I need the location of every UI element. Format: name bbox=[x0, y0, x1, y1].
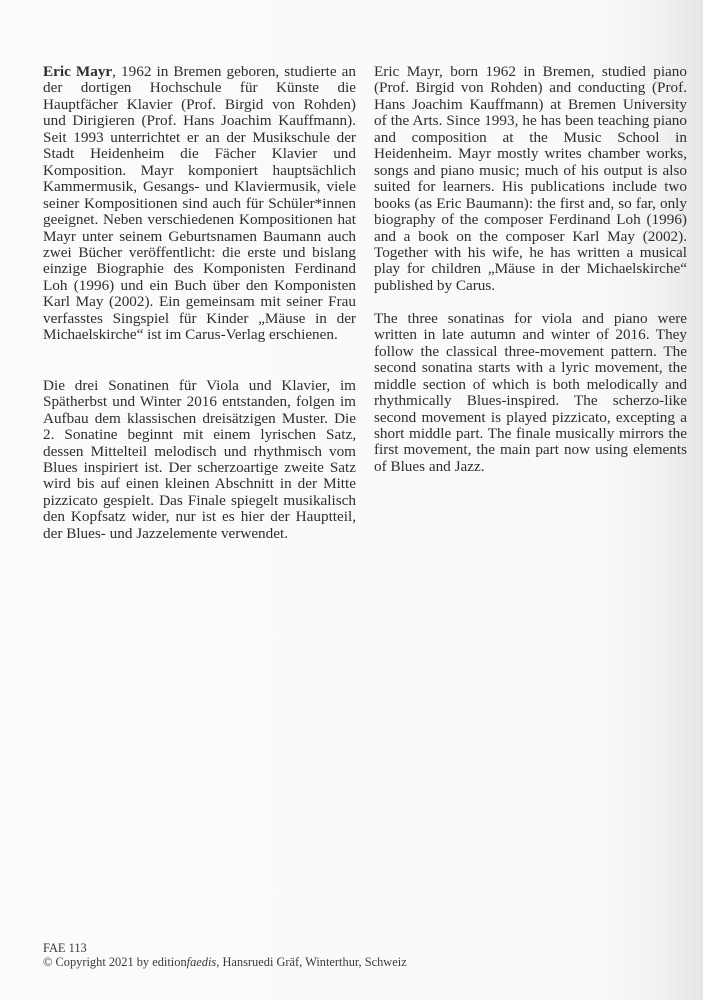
english-bio-paragraph: Eric Mayr, born 1962 in Bremen, studied … bbox=[374, 64, 687, 294]
copyright-prefix: © Copyright 2021 by edition bbox=[43, 955, 187, 969]
german-bio-text: , 1962 in Bremen geboren, studierte an d… bbox=[43, 63, 356, 343]
german-work-paragraph: Die drei Sonatinen für Viola und Klavier… bbox=[43, 378, 356, 543]
german-column: Eric Mayr, 1962 in Bremen geboren, studi… bbox=[43, 64, 356, 542]
copyright-suffix: , Hansruedi Gräf, Winterthur, Schweiz bbox=[216, 955, 406, 969]
catalog-number: FAE 113 bbox=[43, 941, 407, 955]
copyright-line: © Copyright 2021 by editionfaedis, Hansr… bbox=[43, 955, 407, 969]
composer-name: Eric Mayr bbox=[43, 63, 112, 80]
publisher-name: faedis bbox=[187, 955, 217, 969]
page-footer: FAE 113 © Copyright 2021 by editionfaedi… bbox=[43, 941, 407, 969]
english-column: Eric Mayr, born 1962 in Bremen, studied … bbox=[374, 64, 687, 475]
german-bio-paragraph: Eric Mayr, 1962 in Bremen geboren, studi… bbox=[43, 64, 356, 344]
english-work-paragraph: The three sonatinas for viola and piano … bbox=[374, 311, 687, 476]
